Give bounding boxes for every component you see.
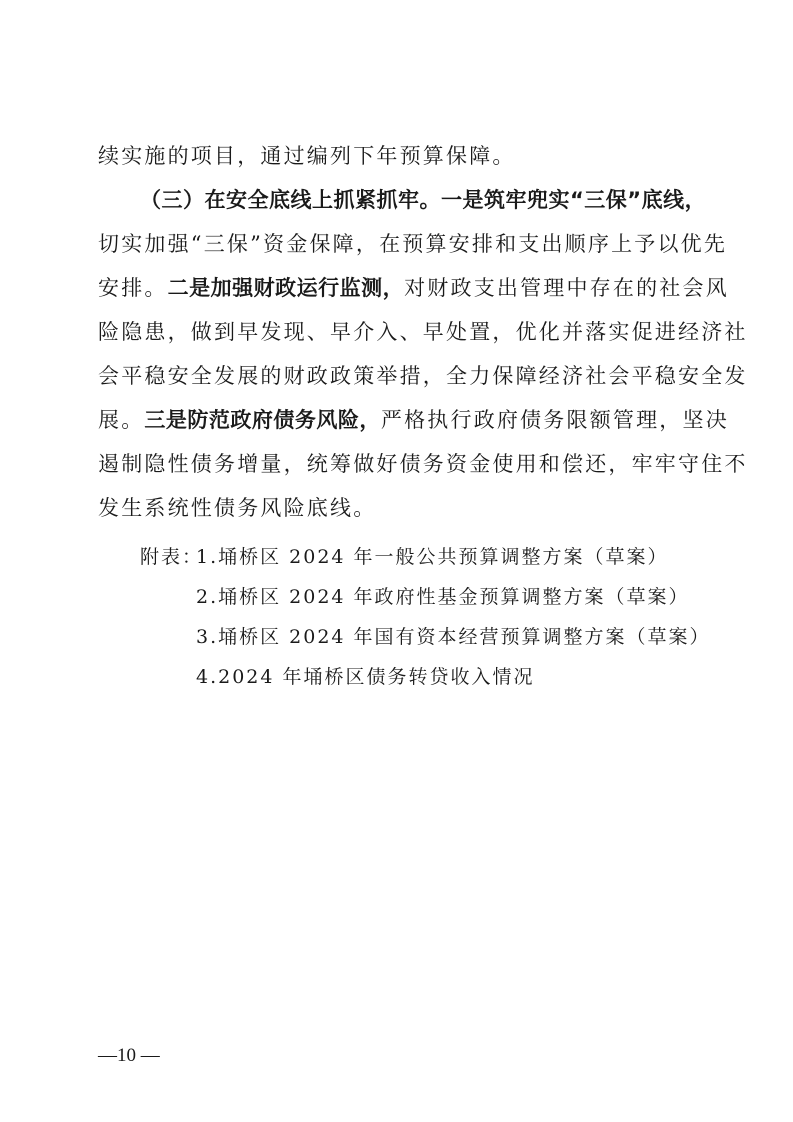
- bold-lead-2: 二是加强财政运行监测，: [168, 276, 405, 300]
- text-run: 展。: [98, 408, 144, 432]
- paragraph-line: 险隐患，做到早发现、早介入、早处置，优化并落实促进经济社: [98, 318, 698, 346]
- attachment-item-2: 2.埇桥区 2024 年政府性基金预算调整方案（草案）: [196, 584, 690, 610]
- page-number: —10 —: [98, 1044, 160, 1068]
- section-heading: （三）在安全底线上抓紧抓牢。: [140, 188, 441, 212]
- paragraph-line: 切实加强“三保”资金保障，在预算安排和支出顺序上予以优先: [98, 230, 698, 258]
- attachment-item-1: 1.埇桥区 2024 年一般公共预算调整方案（草案）: [196, 544, 669, 570]
- text-run: 严格执行政府债务限额管理，坚决: [381, 408, 729, 432]
- paragraph-line: 安排。二是加强财政运行监测，对财政支出管理中存在的社会风: [98, 274, 698, 302]
- text-run: 险隐患，做到早发现、早介入、早处置，优化并落实促进经济社: [98, 320, 748, 344]
- text-run: 发生系统性债务风险底线。: [98, 496, 376, 520]
- bold-lead-3: 三是防范政府债务风险，: [144, 408, 381, 432]
- attachment-item-3: 3.埇桥区 2024 年国有资本经营预算调整方案（草案）: [196, 624, 711, 650]
- paragraph-line: 发生系统性债务风险底线。: [98, 494, 698, 522]
- text-run: 对财政支出管理中存在的社会风: [404, 276, 729, 300]
- attachment-item-4: 4.2024 年埇桥区债务转贷收入情况: [196, 664, 535, 690]
- bold-lead-1: 一是筑牢兜实“三保”底线，: [441, 188, 706, 212]
- paragraph-line: 展。三是防范政府债务风险，严格执行政府债务限额管理，坚决: [98, 406, 698, 434]
- text-run: 切实加强“三保”资金保障，在预算安排和支出顺序上予以优先: [98, 232, 727, 256]
- paragraph-continuation-line: 续实施的项目，通过编列下年预算保障。: [98, 142, 698, 170]
- document-page: 续实施的项目，通过编列下年预算保障。 （三）在安全底线上抓紧抓牢。一是筑牢兜实“…: [0, 0, 793, 1122]
- text-run: 续实施的项目，通过编列下年预算保障。: [98, 144, 516, 168]
- paragraph-line: 遏制隐性债务增量，统筹做好债务资金使用和偿还，牢牢守住不: [98, 450, 698, 478]
- section-heading-line: （三）在安全底线上抓紧抓牢。一是筑牢兜实“三保”底线，: [140, 186, 698, 214]
- paragraph-line: 会平稳安全发展的财政政策举措，全力保障经济社会平稳安全发: [98, 362, 698, 390]
- text-run: 安排。: [98, 276, 168, 300]
- text-run: 会平稳安全发展的财政政策举措，全力保障经济社会平稳安全发: [98, 364, 748, 388]
- attachments-label: 附表：: [140, 544, 203, 570]
- text-run: 遏制隐性债务增量，统筹做好债务资金使用和偿还，牢牢守住不: [98, 452, 748, 476]
